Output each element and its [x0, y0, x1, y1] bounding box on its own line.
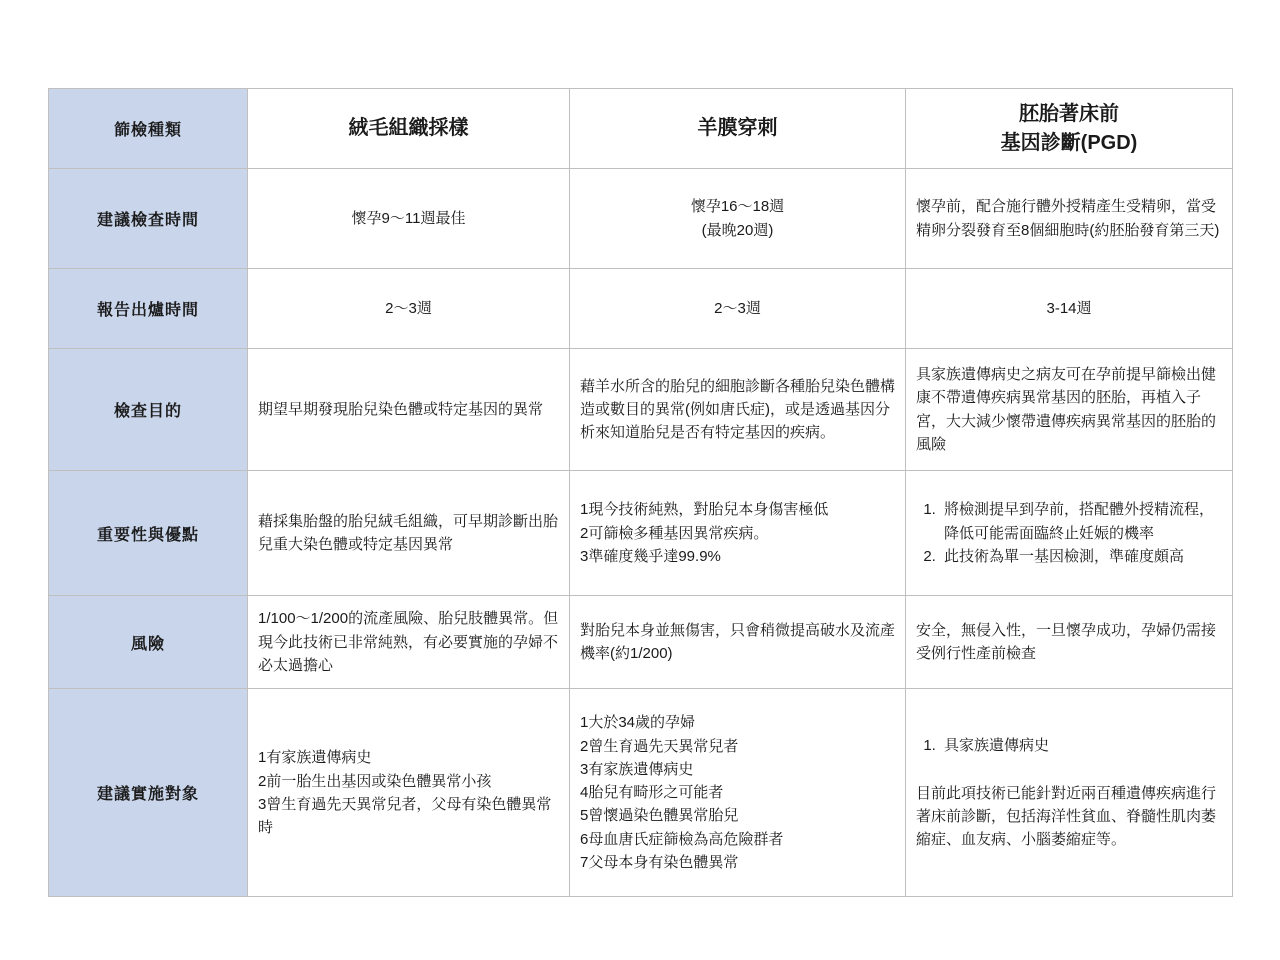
row-recommended-candidates: 建議實施對象 1有家族遺傳病史 2前一胎生出基因或染色體異常小孩 3曾生育過先天… — [49, 689, 1233, 897]
row-purpose: 檢查目的 期望早期發現胎兒染色體或特定基因的異常 藉羊水所含的胎兒的細胞診斷各種… — [49, 349, 1233, 471]
row-label-report-time: 報告出爐時間 — [49, 269, 248, 349]
cell-candidates-cvs: 1有家族遺傳病史 2前一胎生出基因或染色體異常小孩 3曾生育過先天異常兒者，父母… — [248, 689, 570, 897]
prenatal-screening-comparison-slide: 篩檢種類 絨毛組織採樣 羊膜穿刺 胚胎著床前 基因診斷(PGD) 建議檢查時間 … — [0, 0, 1280, 960]
cell-risk-pgd: 安全，無侵入性，一旦懷孕成功，孕婦仍需接受例行性產前檢查 — [906, 596, 1233, 689]
cell-candidates-amnio: 1大於34歲的孕婦 2曾生育過先天異常兒者 3有家族遺傳病史 4胎兒有畸形之可能… — [570, 689, 906, 897]
row-label-recommended-timing: 建議檢查時間 — [49, 169, 248, 269]
cell-candidates-pgd: 具家族遺傳病史 目前此項技術已能針對近兩百種遺傳疾病進行著床前診斷，包括海洋性貧… — [906, 689, 1233, 897]
pgd-candidate-item: 具家族遺傳病史 — [940, 734, 1222, 757]
row-label-candidates: 建議實施對象 — [49, 689, 248, 897]
corner-header-screening-type: 篩檢種類 — [49, 89, 248, 169]
cell-purpose-pgd: 具家族遺傳病史之病友可在孕前提早篩檢出健康不帶遺傳疾病異常基因的胚胎，再植入子宮… — [906, 349, 1233, 471]
cell-risk-cvs: 1/100～1/200的流產風險、胎兒肢體異常。但現今此技術已非常純熟，有必要實… — [248, 596, 570, 689]
column-header-pgd: 胚胎著床前 基因診斷(PGD) — [906, 89, 1233, 169]
pgd-candidates-list: 具家族遺傳病史 — [916, 734, 1222, 757]
row-label-risk: 風險 — [49, 596, 248, 689]
pgd-candidates-note: 目前此項技術已能針對近兩百種遺傳疾病進行著床前診斷，包括海洋性貧血、脊髓性肌肉萎… — [916, 782, 1222, 852]
row-label-purpose: 檢查目的 — [49, 349, 248, 471]
row-risk: 風險 1/100～1/200的流產風險、胎兒肢體異常。但現今此技術已非常純熟，有… — [49, 596, 1233, 689]
cell-purpose-amnio: 藉羊水所含的胎兒的細胞診斷各種胎兒染色體構造或數目的異常(例如唐氏症)，或是透過… — [570, 349, 906, 471]
cell-report-cvs: 2～3週 — [248, 269, 570, 349]
pgd-advantage-item: 將檢測提早到孕前，搭配體外授精流程，降低可能需面臨終止妊娠的機率 — [940, 498, 1222, 545]
cell-report-pgd: 3-14週 — [906, 269, 1233, 349]
row-label-importance: 重要性與優點 — [49, 471, 248, 596]
cell-importance-cvs: 藉採集胎盤的胎兒絨毛組織，可早期診斷出胎兒重大染色體或特定基因異常 — [248, 471, 570, 596]
cell-report-amnio: 2～3週 — [570, 269, 906, 349]
cell-importance-amnio: 1現今技術純熟，對胎兒本身傷害極低 2可篩檢多種基因異常疾病。 3準確度幾乎達9… — [570, 471, 906, 596]
column-header-amniocentesis: 羊膜穿刺 — [570, 89, 906, 169]
cell-purpose-cvs: 期望早期發現胎兒染色體或特定基因的異常 — [248, 349, 570, 471]
cell-risk-amnio: 對胎兒本身並無傷害，只會稍微提高破水及流產機率(約1/200) — [570, 596, 906, 689]
cell-timing-amnio: 懷孕16～18週 (最晚20週) — [570, 169, 906, 269]
row-recommended-timing: 建議檢查時間 懷孕9～11週最佳 懷孕16～18週 (最晚20週) 懷孕前，配合… — [49, 169, 1233, 269]
pgd-advantages-list: 將檢測提早到孕前，搭配體外授精流程，降低可能需面臨終止妊娠的機率 此技術為單一基… — [916, 498, 1222, 568]
row-report-time: 報告出爐時間 2～3週 2～3週 3-14週 — [49, 269, 1233, 349]
column-header-cvs: 絨毛組織採樣 — [248, 89, 570, 169]
header-row: 篩檢種類 絨毛組織採樣 羊膜穿刺 胚胎著床前 基因診斷(PGD) — [49, 89, 1233, 169]
pgd-advantage-item: 此技術為單一基因檢測，準確度頗高 — [940, 545, 1222, 568]
screening-comparison-table: 篩檢種類 絨毛組織採樣 羊膜穿刺 胚胎著床前 基因診斷(PGD) 建議檢查時間 … — [48, 88, 1233, 897]
cell-timing-pgd: 懷孕前，配合施行體外授精產生受精卵，當受精卵分裂發育至8個細胞時(約胚胎發育第三… — [906, 169, 1233, 269]
row-importance-advantages: 重要性與優點 藉採集胎盤的胎兒絨毛組織，可早期診斷出胎兒重大染色體或特定基因異常… — [49, 471, 1233, 596]
cell-importance-pgd: 將檢測提早到孕前，搭配體外授精流程，降低可能需面臨終止妊娠的機率 此技術為單一基… — [906, 471, 1233, 596]
cell-timing-cvs: 懷孕9～11週最佳 — [248, 169, 570, 269]
